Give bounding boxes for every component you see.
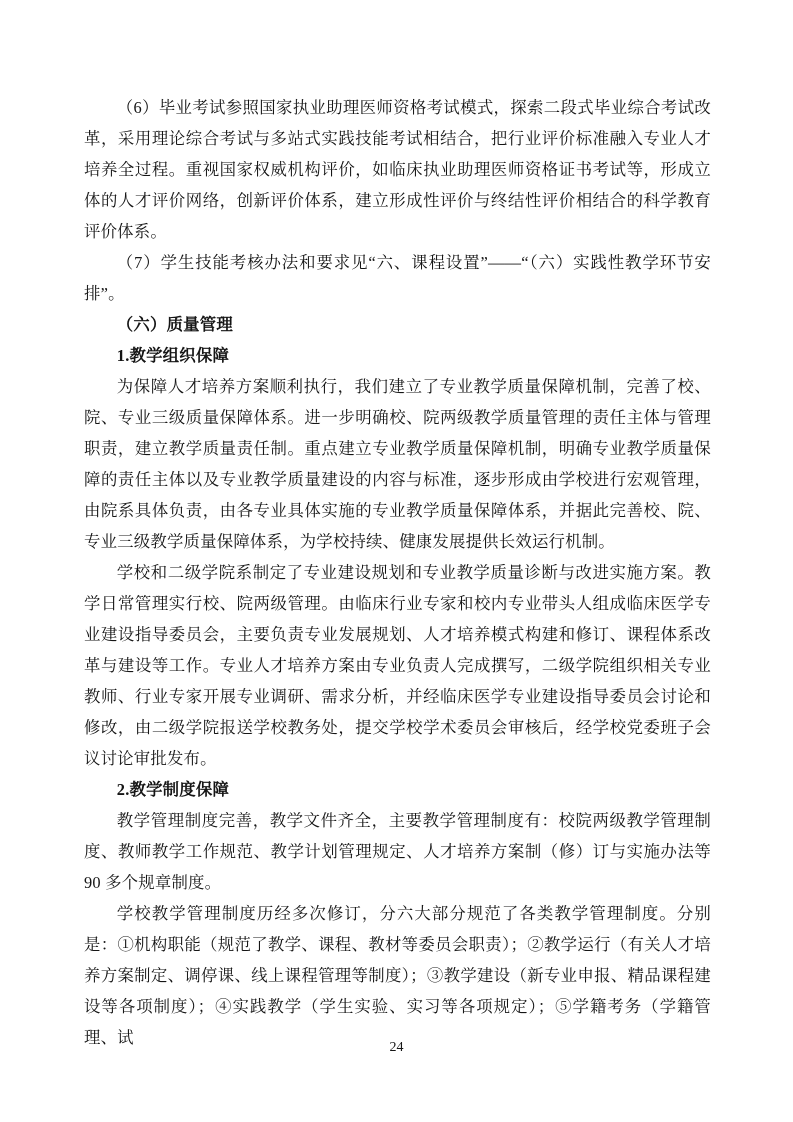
section-heading-quality-management: （六）质量管理 [84, 309, 711, 340]
paragraph-six-categories: 学校教学管理制度历经多次修订，分六大部分规范了各类教学管理制度。分别是：①机构职… [84, 898, 711, 1053]
subheading-teaching-system-guarantee: 2.教学制度保障 [84, 774, 711, 805]
page-number: 24 [0, 1038, 793, 1058]
paragraph-quality-guarantee-system: 为保障人才培养方案顺利执行，我们建立了专业教学质量保障机制，完善了校、院、专业三… [84, 371, 711, 557]
paragraph-7-skill-assessment: （7）学生技能考核办法和要求见“六、课程设置”——“（六）实践性教学环节安排”。 [84, 247, 711, 309]
paragraph-school-college-management: 学校和二级学院系制定了专业建设规划和专业教学质量诊断与改进实施方案。教学日常管理… [84, 557, 711, 774]
document-body: （6）毕业考试参照国家执业助理医师资格考试模式，探索二段式毕业综合考试改革，采用… [84, 92, 711, 1053]
document-page: （6）毕业考试参照国家执业助理医师资格考试模式，探索二段式毕业综合考试改革，采用… [0, 0, 793, 1122]
subheading-teaching-organization-guarantee: 1.教学组织保障 [84, 340, 711, 371]
paragraph-management-regulations: 教学管理制度完善，教学文件齐全，主要教学管理制度有：校院两级教学管理制度、教师教… [84, 805, 711, 898]
paragraph-6-graduation-exam: （6）毕业考试参照国家执业助理医师资格考试模式，探索二段式毕业综合考试改革，采用… [84, 92, 711, 247]
